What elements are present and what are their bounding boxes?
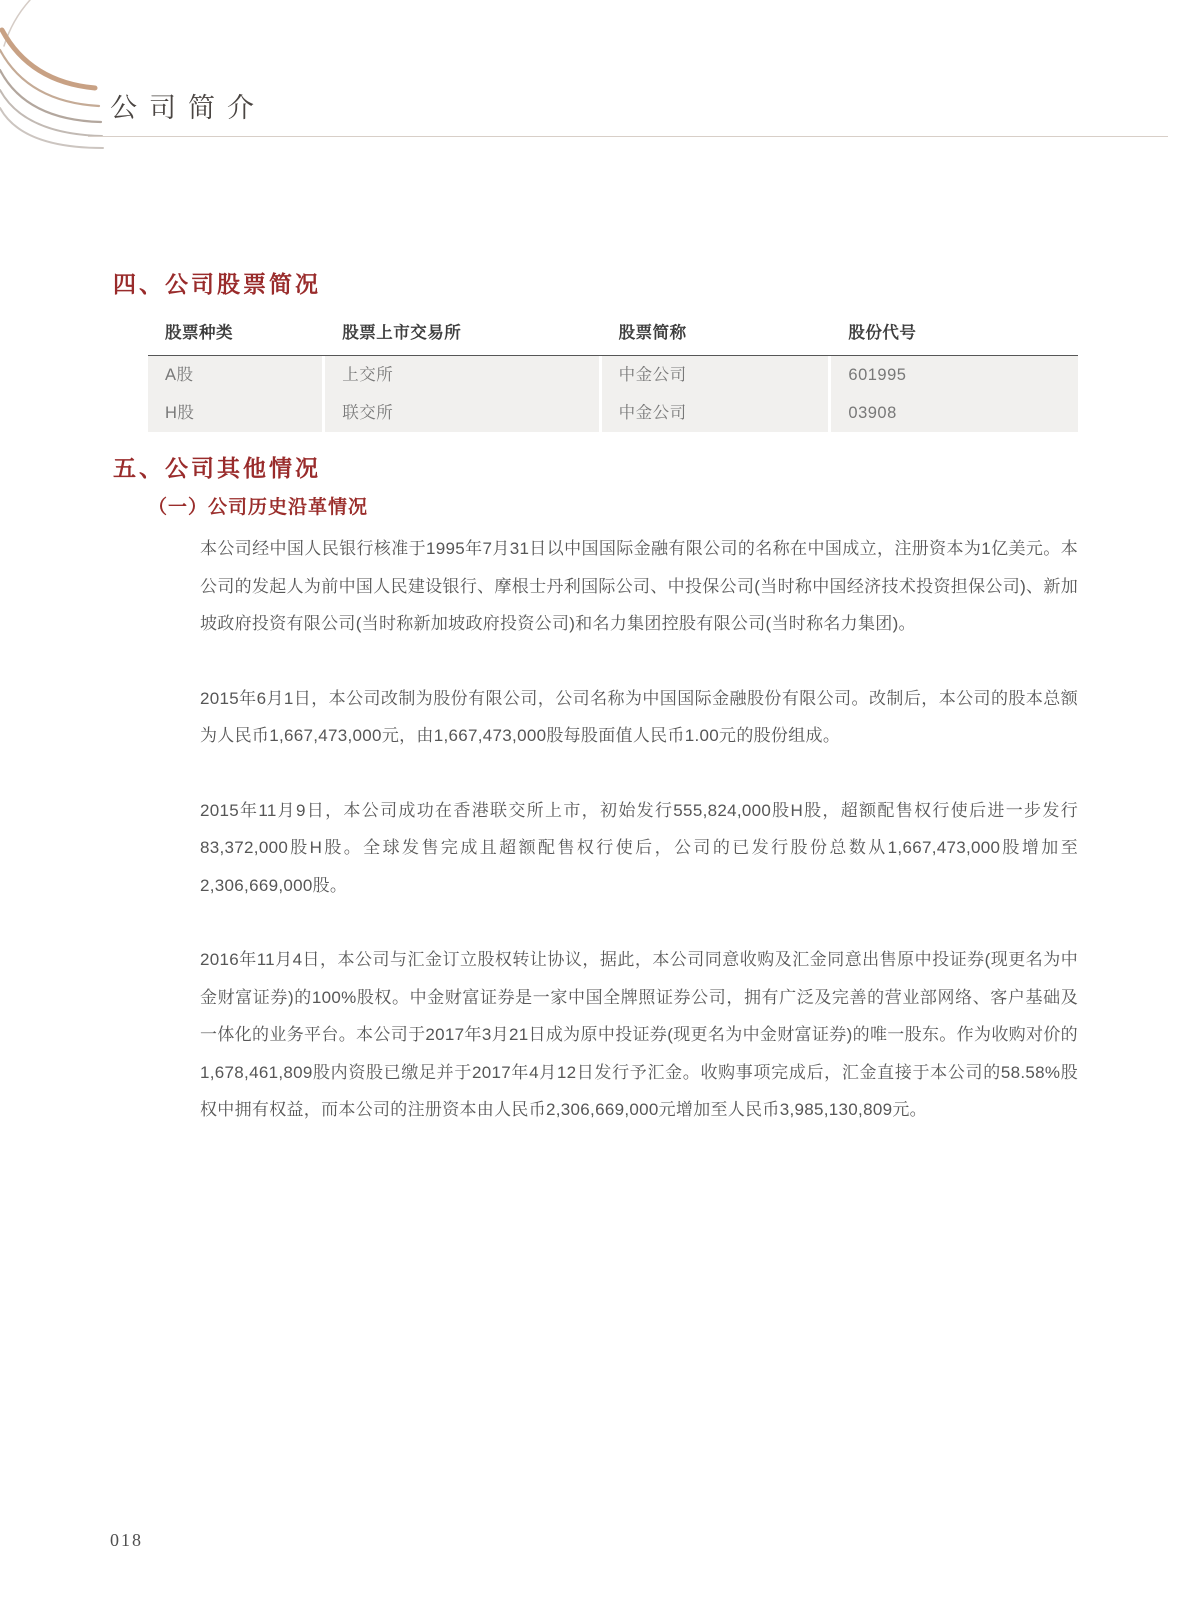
stock-table: 股票种类 股票上市交易所 股票简称 股份代号 A股 上交所 中金公司 60199… bbox=[148, 312, 1078, 432]
table-cell: A股 bbox=[148, 356, 322, 394]
table-cell: 上交所 bbox=[325, 356, 598, 394]
paragraph-hk-listing: 2015年11月9日，本公司成功在香港联交所上市，初始发行555,824,000… bbox=[200, 792, 1078, 905]
stock-table-header-row: 股票种类 股票上市交易所 股票简称 股份代号 bbox=[148, 312, 1078, 356]
page-title: 公司简介 bbox=[110, 86, 266, 125]
table-cell: 中金公司 bbox=[602, 356, 829, 394]
table-header-cell: 股票上市交易所 bbox=[325, 312, 598, 355]
table-cell: 中金公司 bbox=[602, 394, 829, 432]
table-header-cell: 股票种类 bbox=[148, 312, 322, 355]
report-page: 公司简介 四、公司股票简况 股票种类 股票上市交易所 股票简称 股份代号 A股 … bbox=[0, 0, 1190, 1615]
table-cell: 联交所 bbox=[325, 394, 598, 432]
table-cell: 601995 bbox=[831, 356, 1078, 394]
paragraph-founding: 本公司经中国人民银行核准于1995年7月31日以中国国际金融有限公司的名称在中国… bbox=[200, 530, 1078, 643]
table-row-h-share: H股 联交所 中金公司 03908 bbox=[148, 394, 1078, 432]
paragraph-acquisition: 2016年11月4日，本公司与汇金订立股权转让协议，据此，本公司同意收购及汇金同… bbox=[200, 941, 1078, 1129]
section-title-stock: 四、公司股票简况 bbox=[113, 266, 321, 299]
paragraph-restructuring: 2015年6月1日，本公司改制为股份有限公司，公司名称为中国国际金融股份有限公司… bbox=[200, 680, 1078, 755]
page-number: 018 bbox=[110, 1530, 143, 1551]
table-cell: 03908 bbox=[831, 394, 1078, 432]
table-header-cell: 股份代号 bbox=[831, 312, 1078, 355]
section-title-other: 五、公司其他情况 bbox=[113, 450, 321, 483]
subsection-title-history: （一）公司历史沿革情况 bbox=[148, 492, 368, 519]
header-divider bbox=[88, 136, 1168, 137]
table-cell: H股 bbox=[148, 394, 322, 432]
history-paragraphs: 本公司经中国人民银行核准于1995年7月31日以中国国际金融有限公司的名称在中国… bbox=[200, 530, 1078, 1166]
table-row-a-share: A股 上交所 中金公司 601995 bbox=[148, 356, 1078, 394]
table-header-cell: 股票简称 bbox=[602, 312, 829, 355]
